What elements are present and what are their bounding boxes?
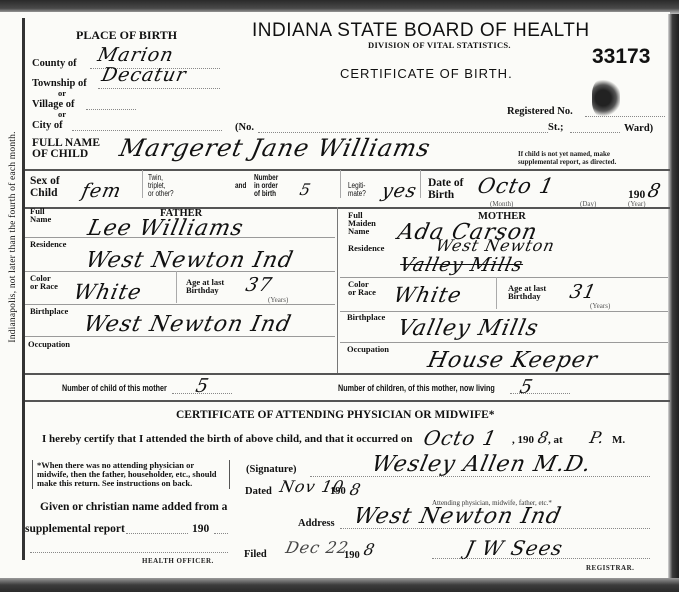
street-line xyxy=(258,132,548,133)
or-label: or xyxy=(58,89,66,98)
divider xyxy=(340,342,668,343)
left-frame-rule xyxy=(22,18,25,560)
child-full-name: Margeret Jane Williams xyxy=(117,134,433,162)
or-label: or xyxy=(58,110,66,119)
years-caption: (Years) xyxy=(590,302,610,310)
sex-label: Sex of xyxy=(30,176,60,187)
living-children-label: Number of children, of this mother, now … xyxy=(338,383,495,394)
dated-year-prefix: 190 xyxy=(330,486,346,497)
dob-month-day: Octo 1 xyxy=(475,174,556,198)
ward-label: Ward) xyxy=(624,123,653,134)
dob-label: Date of xyxy=(428,178,463,189)
ward-line xyxy=(570,132,620,133)
father-color-label: or Race xyxy=(30,282,58,291)
mother-name-label: Name xyxy=(348,227,369,236)
midwife-note: *When there was no attending physician o… xyxy=(32,460,230,489)
signature-line xyxy=(310,476,650,477)
twin-label: or other? xyxy=(148,188,174,199)
sex-value: fem xyxy=(80,180,124,202)
divider xyxy=(25,271,335,272)
address-line xyxy=(340,528,650,529)
village-label: Village of xyxy=(32,99,74,110)
ink-smudge xyxy=(592,78,620,118)
scan-bottom-edge xyxy=(0,578,679,592)
mother-age-label: Birthday xyxy=(508,292,541,301)
given-name-text: Given or christian name added from a xyxy=(40,502,227,513)
divider xyxy=(25,237,335,238)
cell-divider xyxy=(176,271,177,303)
mother-color: White xyxy=(391,283,464,307)
mother-occupation-label: Occupation xyxy=(347,345,389,354)
supplement-note: If child is not yet named, make xyxy=(518,150,610,158)
mother-occupation: House Keeper xyxy=(425,348,600,373)
physician-signature: Wesley Allen M.D. xyxy=(369,452,593,477)
stamp-number: 33173 xyxy=(592,45,650,69)
physician-heading: CERTIFICATE OF ATTENDING PHYSICIAN OR MI… xyxy=(176,410,495,421)
supplement-note: supplemental report, as directed. xyxy=(518,158,616,166)
and-label: and xyxy=(235,180,246,191)
occurred-date: Octo 1 xyxy=(421,426,499,450)
health-officer-line xyxy=(30,552,228,553)
father-age-label: Birthday xyxy=(186,286,219,295)
filed-year-prefix: 190 xyxy=(344,550,360,561)
certificate-title: CERTIFICATE OF BIRTH. xyxy=(340,66,513,81)
cell-divider xyxy=(496,277,497,309)
address-label: Address xyxy=(298,518,335,529)
street-label: St.; xyxy=(548,122,563,133)
county-label: County of xyxy=(32,58,77,69)
order-label: of birth xyxy=(254,188,276,199)
cell-divider xyxy=(340,170,341,198)
registrar-signature: J W Sees xyxy=(463,536,565,560)
divider xyxy=(25,336,335,337)
supplemental-year-line xyxy=(214,533,228,534)
full-name-label: OF CHILD xyxy=(32,149,88,160)
legitimate-label: mate? xyxy=(348,188,366,199)
health-officer-label: HEALTH OFFICER. xyxy=(142,557,214,565)
legitimate-value: yes xyxy=(380,180,419,202)
physician-address: West Newton Ind xyxy=(351,504,564,529)
divider xyxy=(25,400,670,402)
divider xyxy=(25,304,335,305)
m-label: M. xyxy=(612,435,625,446)
divider xyxy=(25,207,670,209)
divider xyxy=(25,373,670,375)
document-title: INDIANA STATE BOARD OF HEALTH xyxy=(252,20,590,42)
mother-color-label: or Race xyxy=(348,288,376,297)
divider xyxy=(340,277,668,278)
sex-label: Child xyxy=(30,188,58,199)
at-label: , at xyxy=(548,435,563,446)
county-value: Marion xyxy=(96,44,176,66)
registrar-label: REGISTRAR. xyxy=(586,564,634,572)
village-line xyxy=(86,109,136,110)
cell-divider xyxy=(142,170,143,198)
occurred-year-prefix: , 190 xyxy=(512,435,534,446)
divider xyxy=(25,169,670,171)
parents-divider xyxy=(337,207,338,375)
supplemental-label: supplemental report xyxy=(25,524,125,535)
street-no-label: (No. xyxy=(235,122,254,133)
years-caption: (Years) xyxy=(268,296,288,304)
father-birthplace-label: Birthplace xyxy=(30,307,68,316)
mother-birthplace: Valley Mills xyxy=(395,316,541,341)
mother-residence-struck: Valley Mills xyxy=(398,254,526,276)
divider xyxy=(340,311,668,312)
father-age: 37 xyxy=(244,274,275,296)
father-color: White xyxy=(71,280,144,304)
document-subtitle: DIVISION OF VITAL STATISTICS. xyxy=(368,40,511,50)
mother-residence: West Newton xyxy=(434,236,557,255)
registered-no-label: Registered No. xyxy=(507,106,573,117)
side-note: Indianapolis, not later than the fourth … xyxy=(8,72,22,402)
filed-label: Filed xyxy=(244,549,267,560)
city-line xyxy=(72,130,222,131)
supplemental-line xyxy=(126,533,188,534)
father-residence-label: Residence xyxy=(30,240,66,249)
dated-label: Dated xyxy=(245,486,272,497)
signature-label: (Signature) xyxy=(246,464,297,475)
township-line xyxy=(98,88,220,89)
supplemental-year: 190 xyxy=(192,524,209,535)
certify-text: I hereby certify that I attended the bir… xyxy=(42,434,413,445)
mother-residence-label: Residence xyxy=(348,244,384,253)
city-label: City of xyxy=(32,120,63,131)
father-birthplace: West Newton Ind xyxy=(81,312,294,337)
father-occupation-label: Occupation xyxy=(28,340,70,349)
father-name-label: Name xyxy=(30,215,51,224)
child-number-label: Number of child of this mother xyxy=(62,383,167,394)
filed-date: Dec 22 xyxy=(284,538,351,557)
registrar-line xyxy=(432,558,650,559)
father-residence: West Newton Ind xyxy=(83,248,296,273)
place-of-birth-heading: PLACE OF BIRTH xyxy=(76,30,177,41)
dob-label: Birth xyxy=(428,190,454,201)
mother-age: 31 xyxy=(568,281,599,303)
scan-right-edge xyxy=(668,14,679,578)
registered-no-line xyxy=(585,116,665,117)
mother-birthplace-label: Birthplace xyxy=(347,313,385,322)
cell-divider xyxy=(420,170,421,198)
township-value: Decatur xyxy=(100,64,189,86)
